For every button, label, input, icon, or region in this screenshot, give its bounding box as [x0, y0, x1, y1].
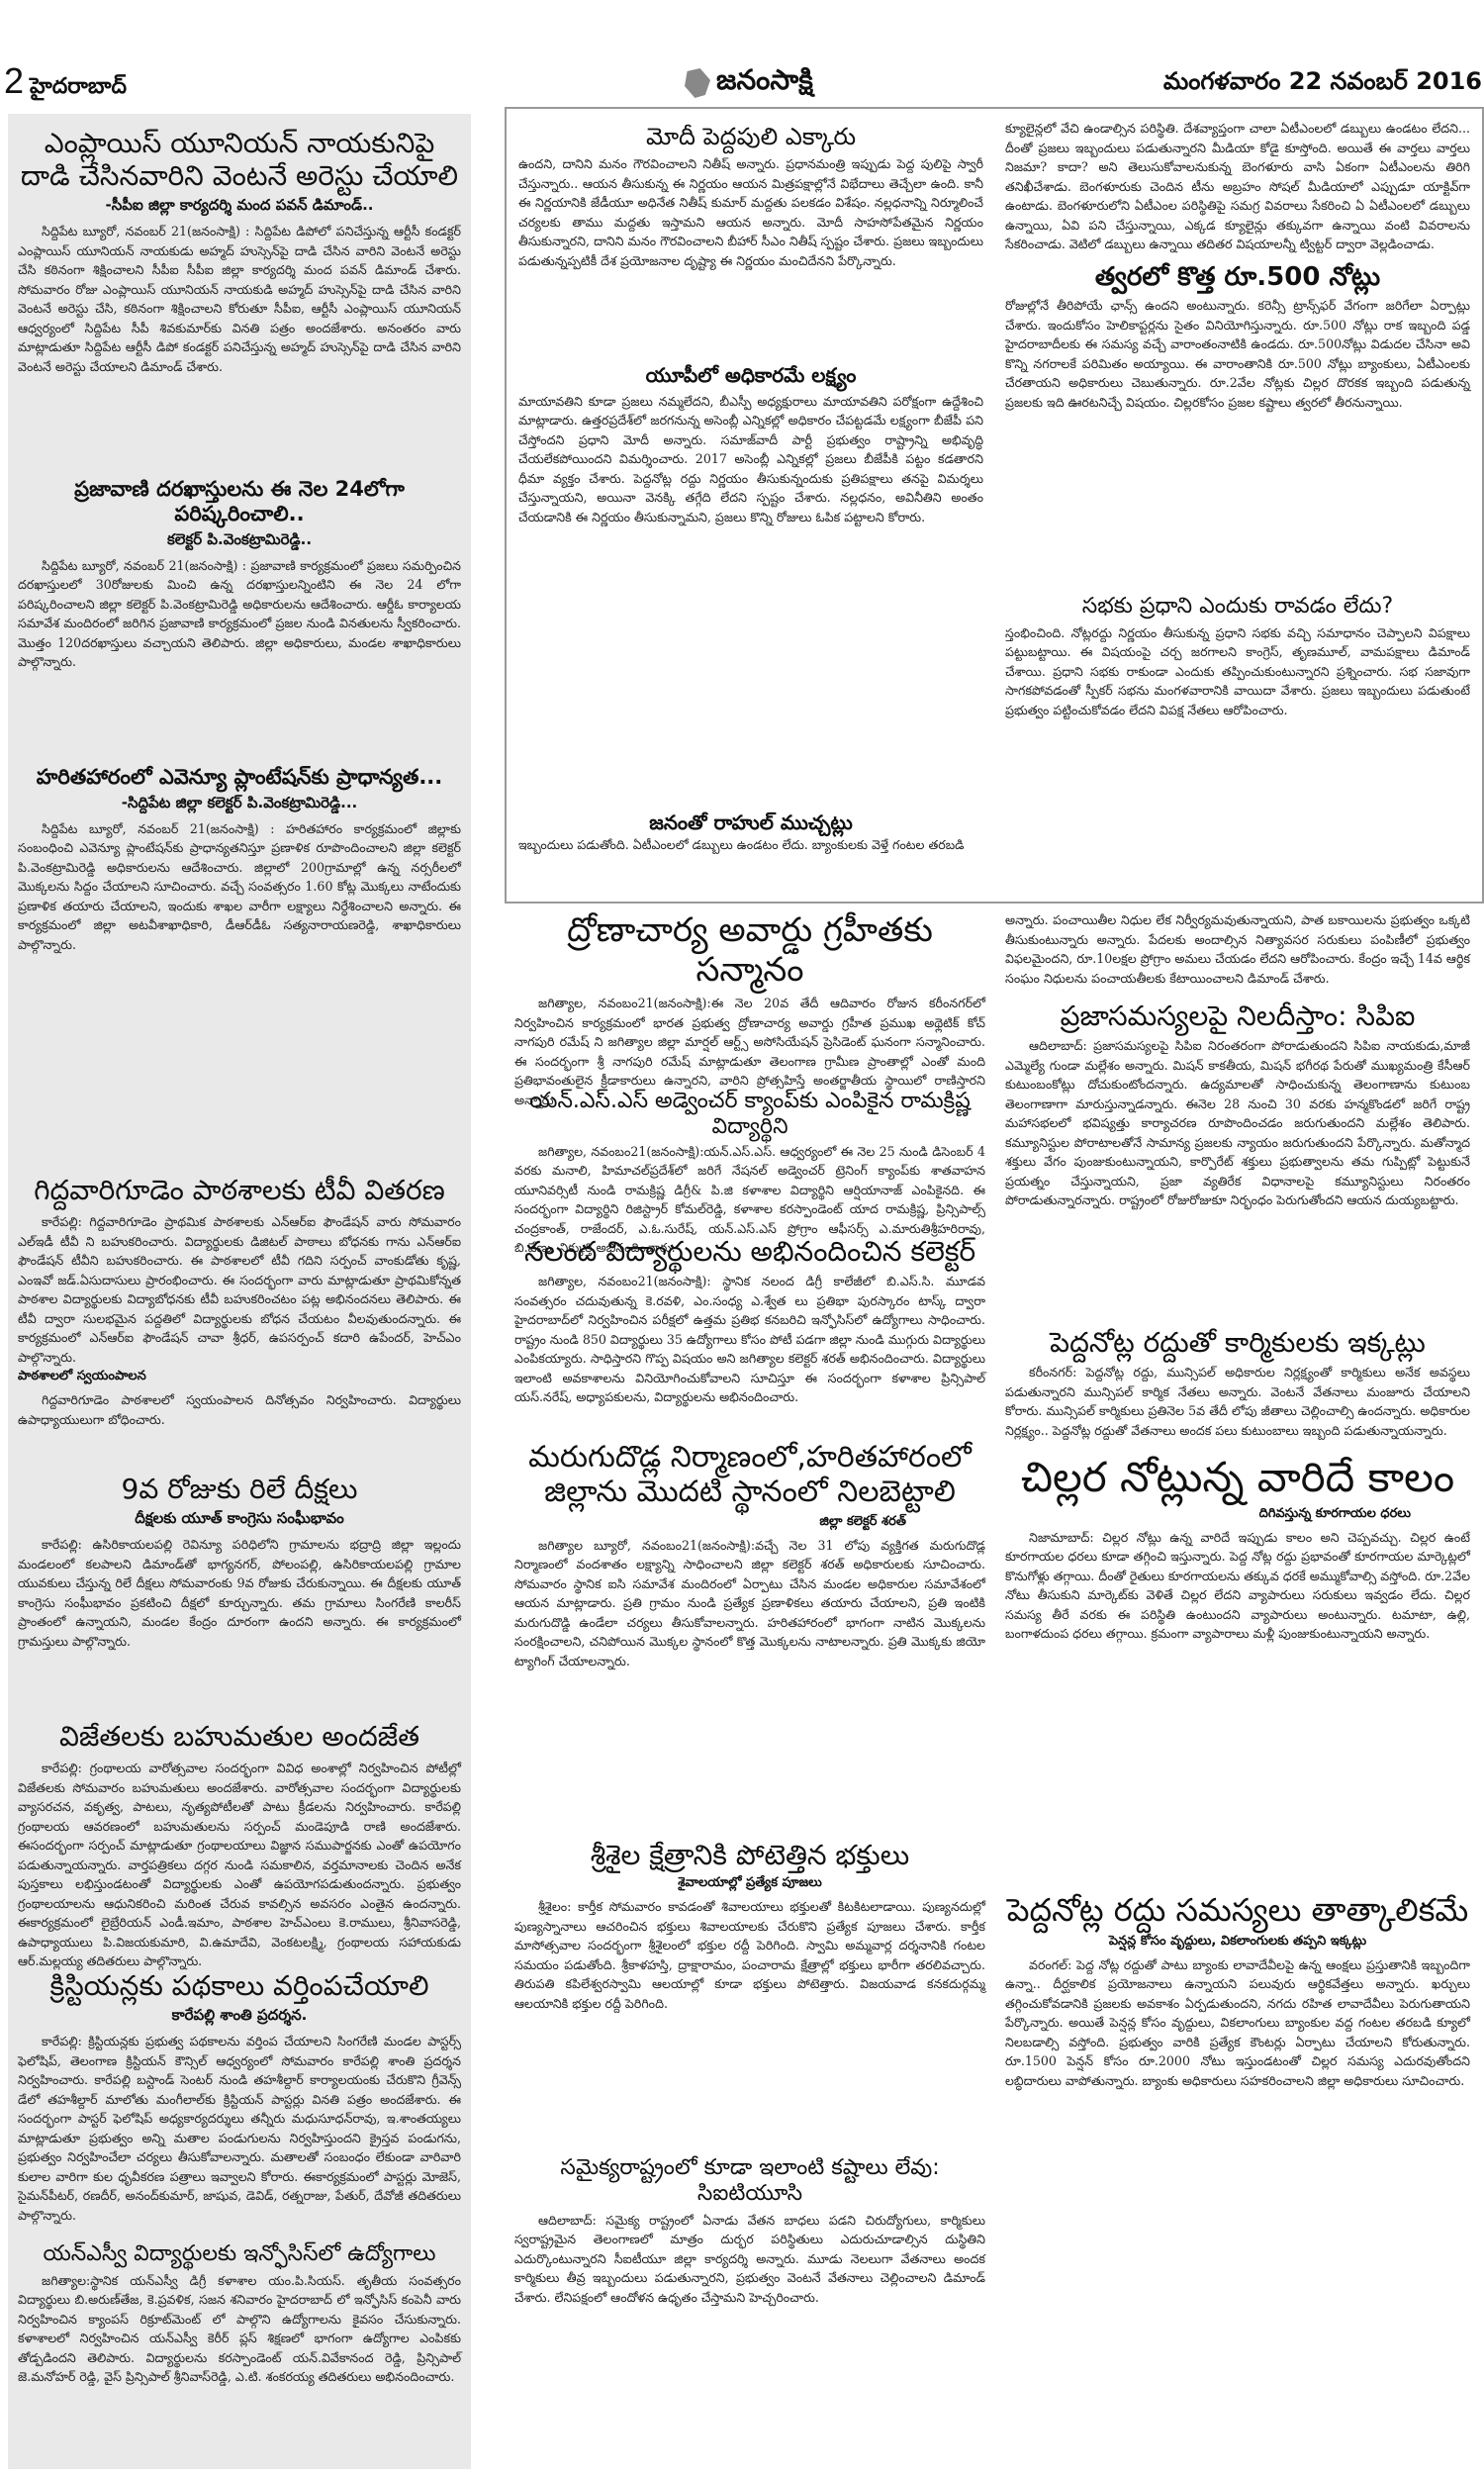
- article-body: కరీంనగర్: పెద్దనోట్ల రద్దు, మున్సిపల్ అధ…: [1005, 1363, 1470, 1440]
- kicker: పాఠశాలలో స్వయంపాలన: [18, 1369, 461, 1386]
- article-rahul-chat: జనంతో రాహుల్ ముచ్చట్లు ఇబ్బందులు పడుతోంద…: [509, 811, 993, 854]
- article-body: స్తంభించింది. నోట్లరద్దు నిర్ణయం తీసుకున…: [1005, 623, 1470, 720]
- article-body: ఆదిలాబాద్: ప్రజాసమస్యలపై సిపిఐ నిరంతరంగా…: [1005, 1036, 1470, 1210]
- masthead: జనంసాక్షి: [685, 63, 813, 103]
- article-dronacharya-felicitation: ద్రోణాచార్య అవార్డు గ్రహీతకు సన్మానం జగి…: [505, 910, 995, 1109]
- headline: నలంద విద్యార్థులను అభినందించిన కలెక్టర్: [514, 1235, 985, 1268]
- article-winners-prizes: విజేతలకు బహుమతుల అందజేత కారేపల్లి: గ్రంథ…: [8, 1720, 471, 1971]
- article-body: నిజామాబాద్: చిల్లర నోట్లు ఉన్న వారిదే ఇప…: [1005, 1528, 1470, 1644]
- article-body: కారేపల్లి: క్రిస్టియన్లకు ప్రభుత్వ పథకాల…: [18, 2032, 461, 2225]
- telangana-map-logo-icon: [685, 68, 710, 98]
- article-nalanda-students: నలంద విద్యార్థులను అభినందించిన కలెక్టర్ …: [505, 1235, 995, 1407]
- article-body: కారేపల్లి: గ్రంథాలయ వారోత్సవాల సందర్భంగా…: [18, 1759, 461, 1971]
- headline: సమైక్యరాష్ట్రంలో కూడా ఇలాంటి కష్టాలు లేవ…: [514, 2155, 985, 2207]
- headline: ప్రజావాణి దరఖాస్తులను ఈ నెల 24లోగా పరిష్…: [18, 477, 461, 526]
- article-cpi-protest: ప్రజాసమస్యలపై నిలదీస్తాం: సిపిఐ ఆదిలాబాద…: [995, 1000, 1480, 1210]
- masthead-title: జనంసాక్షి: [716, 63, 813, 103]
- article-prajavani: ప్రజావాణి దరఖాస్తులను ఈ నెల 24లోగా పరిష్…: [8, 477, 471, 672]
- dateline: మంగళవారం 22 నవంబర్ 2016: [1163, 67, 1482, 101]
- subhead: దీక్షలకు యూత్ కాంగ్రెసు సంఘీభావం: [18, 1509, 461, 1531]
- headline: పెద్దనోట్ల రద్దు సమస్యలు తాత్కాలికమే: [1005, 1892, 1470, 1930]
- article-body: జగిత్యాల:స్థానిక యన్ఎస్వీ డిగ్రీ కళాశాల …: [18, 2271, 461, 2387]
- page-number: 2: [4, 60, 24, 101]
- headline: ద్రోణాచార్య అవార్డు గ్రహీతకు సన్మానం: [514, 910, 985, 990]
- headline: పెద్దనోట్ల రద్దుతో కార్మికులకు ఇక్కట్లు: [1005, 1326, 1470, 1359]
- article-nss-adventure-camp: యన్.ఎస్.ఎస్ అడ్వెంచర్ క్యాంప్‌కు ఎంపికైన…: [505, 1089, 995, 1258]
- subhead: జిల్లా కలెక్టర్ శరత్: [514, 1514, 985, 1532]
- article-christian-schemes: క్రిస్టియన్లకు పథకాలు వర్తింపచేయాలి కారే…: [8, 1969, 471, 2225]
- article-body: ఉందని, దానిని మనం గౌరవించాలని నితీష్ అన్…: [518, 154, 983, 270]
- headline: హరితహారంలో ఎవెన్యూ ప్లాంటేషన్‌కు ప్రాధాన…: [18, 765, 461, 790]
- subhead: పెన్షన్ల కోసం వృద్దులు, వికలాంగులకు తప్ప…: [1005, 1934, 1470, 1951]
- subhead: -సీపీఐ జిల్లా కార్యదర్శి మంద పవన్ డిమాండ…: [18, 196, 461, 218]
- article-haritha-haram-avenue: హరితహారంలో ఎవెన్యూ ప్లాంటేషన్‌కు ప్రాధాన…: [8, 765, 471, 954]
- article-panchayat-funds: అన్నారు. పంచాయితీల నిధుల లేక నిర్వీర్యమవ…: [995, 910, 1480, 988]
- article-srisailam-devotees: శ్రీశైల క్షేత్రానికి పోటెత్తిన భక్తులు శ…: [505, 1839, 995, 2013]
- article-body: అన్నారు. పంచాయితీల నిధుల లేక నిర్వీర్యమవ…: [1005, 910, 1470, 988]
- article-body: సిద్దిపేట బ్యూరో, నవంబర్ 21(జనంసాక్షి) :…: [18, 222, 461, 376]
- headline: 9వ రోజుకు రిలే దీక్షలు: [18, 1473, 461, 1505]
- article-demonetisation-temporary: పెద్దనోట్ల రద్దు సమస్యలు తాత్కాలికమే పెన…: [995, 1892, 1480, 2090]
- article-small-notes-era: చిల్లర నోట్లున్న వారిదే కాలం దిగివస్తున్…: [995, 1453, 1480, 1644]
- headline: విజేతలకు బహుమతుల అందజేత: [18, 1720, 461, 1753]
- headline: జనంతో రాహుల్ ముచ్చట్లు: [518, 811, 983, 835]
- subhead: శైవాలయాల్లో ప్రత్యేక పూజలు: [514, 1875, 985, 1893]
- headline: మోదీ పెద్దపులి ఎక్కారు: [518, 123, 983, 150]
- article-body: కారేపల్లి: గిద్దవారిగూడెం ప్రాథమిక పాఠశా…: [18, 1212, 461, 1367]
- article-body: రోజుల్లోనే తీరిపోయే ఛాన్స్ ఉందని అంటున్న…: [1005, 296, 1470, 412]
- article-body: వరంగల్: పెద్ద నోట్ల రద్దుతో పాటు బ్యాంకు…: [1005, 1955, 1470, 2091]
- page-folio: 2హైదరాబాద్: [4, 61, 127, 107]
- subhead: కారేపల్లి శాంతి ప్రదర్శన.: [18, 2006, 461, 2028]
- article-tv-donation: గిద్దవారిగూడెం పాఠశాలకు టీవీ వితరణ కారేప…: [8, 1174, 471, 1429]
- article-employees-union: ఎంప్లాయిస్ యూనియన్ నాయకునిపైదాడి చేసినవా…: [8, 127, 471, 376]
- article-workers-troubles: పెద్దనోట్ల రద్దుతో కార్మికులకు ఇక్కట్లు …: [995, 1326, 1480, 1440]
- headline: గిద్దవారిగూడెం పాఠశాలకు టీవీ వితరణ: [18, 1174, 461, 1206]
- headline: చిల్లర నోట్లున్న వారిదే కాలం: [1005, 1453, 1470, 1502]
- article-body: కారేపల్లి: ఉసిరికాయలపల్లి రెవిన్యూ పరిధి…: [18, 1535, 461, 1651]
- article-modi-tiger: మోదీ పెద్దపులి ఎక్కారు ఉందని, దానిని మనం…: [509, 123, 993, 270]
- article-citu-hardships: సమైక్యరాష్ట్రంలో కూడా ఇలాంటి కష్టాలు లేవ…: [505, 2155, 995, 2307]
- article-relay-hunger-strike: 9వ రోజుకు రిలే దీక్షలు దీక్షలకు యూత్ కాం…: [8, 1473, 471, 1651]
- subhead: -సిద్దిపేట జిల్లా కలెక్టర్ పి.వెంకట్రామి…: [18, 794, 461, 815]
- headline: క్రిస్టియన్లకు పథకాలు వర్తింపచేయాలి: [18, 1969, 461, 2002]
- headline: మరుగుదొడ్ల నిర్మాణంలో,హరితహారంలోజిల్లాను…: [514, 1440, 985, 1510]
- article-body: జగిత్యాల బ్యూరో, నవంబం21(జనంసాక్షి):వచ్చ…: [514, 1536, 985, 1671]
- headline: ఎంప్లాయిస్ యూనియన్ నాయకునిపైదాడి చేసినవా…: [18, 127, 461, 192]
- article-toilets-haritha-haram: మరుగుదొడ్ల నిర్మాణంలో,హరితహారంలోజిల్లాను…: [505, 1440, 995, 1670]
- article-infosys-jobs: యన్ఎస్వీ విద్యార్థులకు ఇన్ఫోసిస్‌లో ఉద్య…: [8, 2241, 471, 2387]
- article-body: ఇబ్బందులు పడుతోంది. ఏటీఎంలలో డబ్బులు ఉండ…: [518, 835, 983, 855]
- article-body: ఆదిలాబాద్: సమైక్య రాష్ట్రంలో ఏనాడు వేతన …: [514, 2211, 985, 2308]
- subhead: కలెక్టర్ పి.వెంకట్రామిరెడ్డి..: [18, 530, 461, 552]
- edition-city: హైదరాబాద్: [30, 74, 127, 99]
- article-pm-absence: సభకు ప్రధాని ఎందుకు రావడం లేదు? స్తంభించ…: [995, 594, 1480, 719]
- headline: ప్రజాసమస్యలపై నిలదీస్తాం: సిపిఐ: [1005, 1000, 1470, 1032]
- article-body: శ్రీశైలం: కార్తీక సోమవారం కావడంతో శివాలయ…: [514, 1897, 985, 2013]
- headline: సభకు ప్రధాని ఎందుకు రావడం లేదు?: [1005, 594, 1470, 619]
- headline: శ్రీశైల క్షేత్రానికి పోటెత్తిన భక్తులు: [514, 1839, 985, 1871]
- article-body: క్యూలైన్లలో వేచి ఉండాల్సిన పరిస్థితి. దే…: [1005, 119, 1470, 254]
- article-body: మాయావతిని కూడా ప్రజలు నమ్మలేదని, బీఎస్పీ…: [518, 392, 983, 527]
- headline: యూపీలో అధికారమే లక్ష్యం: [518, 364, 983, 388]
- article-body: సిద్దిపేట బ్యూరో, నవంబర్ 21(జనంసాక్షి) :…: [18, 819, 461, 955]
- article-body: జగిత్యాల, నవంబం21(జనంసాక్షి): స్థానిక నల…: [514, 1272, 985, 1407]
- headline: యన్.ఎస్.ఎస్ అడ్వెంచర్ క్యాంప్‌కు ఎంపికైన…: [514, 1089, 985, 1140]
- article-up-power-goal: యూపీలో అధికారమే లక్ష్యం మాయావతిని కూడా ప…: [509, 364, 993, 526]
- subhead: దిగివస్తున్న కూరగాయల ధరలు: [1005, 1506, 1470, 1524]
- article-body: గిద్దవారిగూడెం పాఠశాలలో స్వయంపాలన దినోత్…: [18, 1390, 461, 1429]
- article-atm-check: క్యూలైన్లలో వేచి ఉండాల్సిన పరిస్థితి. దే…: [995, 119, 1480, 412]
- page-header: 2హైదరాబాద్ జనంసాక్షి మంగళవారం 22 నవంబర్ …: [0, 61, 1484, 107]
- article-body: సిద్దిపేట బ్యూరో, నవంబర్ 21(జనంసాక్షి) :…: [18, 556, 461, 672]
- headline: యన్ఎస్వీ విద్యార్థులకు ఇన్ఫోసిస్‌లో ఉద్య…: [18, 2241, 461, 2267]
- headline: త్వరలో కొత్త రూ.500 నోట్లు: [1005, 262, 1470, 293]
